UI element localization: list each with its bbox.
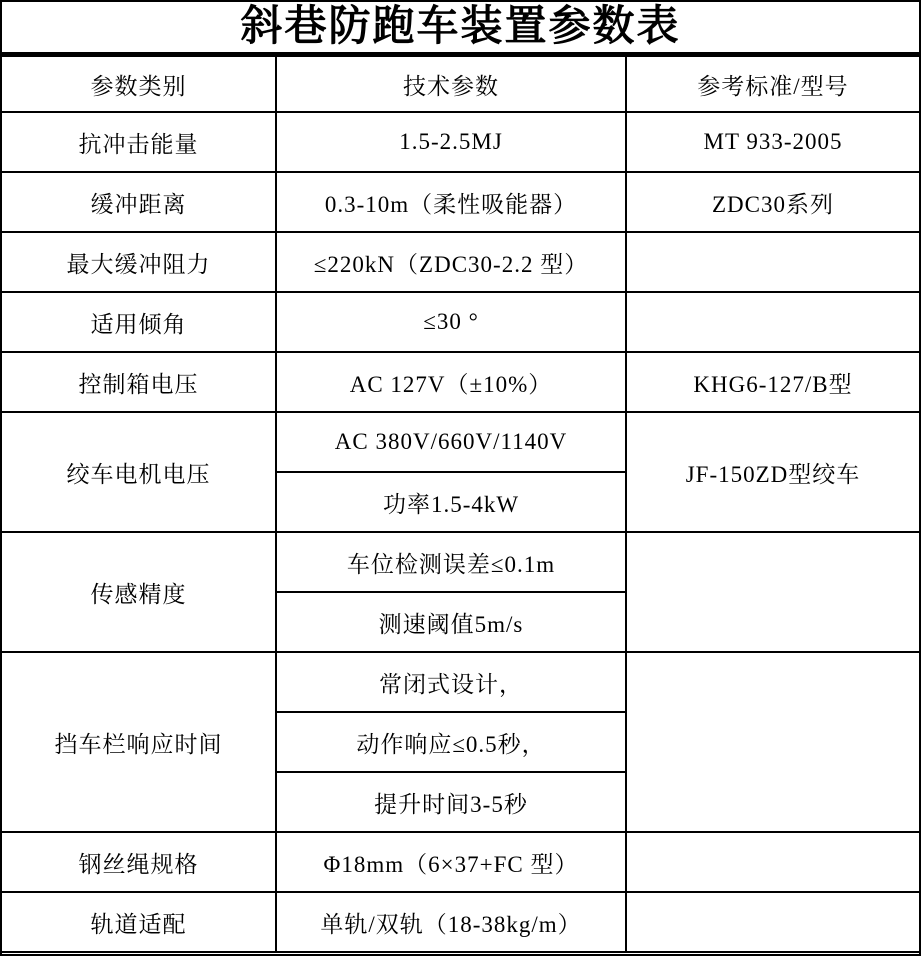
param-cell: 测速阈值5m/s bbox=[276, 592, 626, 652]
standard-cell bbox=[626, 832, 919, 892]
header-tech-params: 技术参数 bbox=[276, 57, 626, 112]
category-cell: 适用倾角 bbox=[2, 292, 276, 352]
param-cell: 1.5-2.5MJ bbox=[276, 112, 626, 172]
standard-cell: JF-150ZD型绞车 bbox=[626, 412, 919, 532]
standard-cell: ZDC30系列 bbox=[626, 172, 919, 232]
param-cell: 0.3-10m（柔性吸能器） bbox=[276, 172, 626, 232]
category-cell: 挡车栏响应时间 bbox=[2, 652, 276, 832]
table-row: 控制箱电压 AC 127V（±10%） KHG6-127/B型 bbox=[2, 352, 919, 412]
category-cell: 绞车电机电压 bbox=[2, 412, 276, 532]
header-category: 参数类别 bbox=[2, 57, 276, 112]
param-cell: 单轨/双轨（18-38kg/m） bbox=[276, 892, 626, 952]
category-cell: 缓冲距离 bbox=[2, 172, 276, 232]
table-row: 缓冲距离 0.3-10m（柔性吸能器） ZDC30系列 bbox=[2, 172, 919, 232]
standard-cell bbox=[626, 652, 919, 832]
parameter-sheet: 斜巷防跑车装置参数表 参数类别 技术参数 参考标准/型号 抗冲击能量 1.5-2… bbox=[0, 0, 921, 956]
category-cell: 最大缓冲阻力 bbox=[2, 232, 276, 292]
table-row: 抗冲击能量 1.5-2.5MJ MT 933-2005 bbox=[2, 112, 919, 172]
param-cell: Φ18mm（6×37+FC 型） bbox=[276, 832, 626, 892]
table-row: 最大缓冲阻力 ≤220kN（ZDC30-2.2 型） bbox=[2, 232, 919, 292]
category-cell: 钢丝绳规格 bbox=[2, 832, 276, 892]
table-row: 挡车栏响应时间 常闭式设计， bbox=[2, 652, 919, 712]
param-cell: AC 127V（±10%） bbox=[276, 352, 626, 412]
param-cell: ≤30 ° bbox=[276, 292, 626, 352]
standard-cell bbox=[626, 232, 919, 292]
table-row: 钢丝绳规格 Φ18mm（6×37+FC 型） bbox=[2, 832, 919, 892]
param-cell: AC 380V/660V/1140V bbox=[276, 412, 626, 472]
table-row: 适用倾角 ≤30 ° bbox=[2, 292, 919, 352]
table-row: 传感精度 车位检测误差≤0.1m bbox=[2, 532, 919, 592]
parameters-table: 参数类别 技术参数 参考标准/型号 抗冲击能量 1.5-2.5MJ MT 933… bbox=[2, 57, 919, 953]
standard-cell: KHG6-127/B型 bbox=[626, 352, 919, 412]
table-row: 绞车电机电压 AC 380V/660V/1140V JF-150ZD型绞车 bbox=[2, 412, 919, 472]
category-cell: 传感精度 bbox=[2, 532, 276, 652]
standard-cell: MT 933-2005 bbox=[626, 112, 919, 172]
standard-cell bbox=[626, 892, 919, 952]
param-cell: ≤220kN（ZDC30-2.2 型） bbox=[276, 232, 626, 292]
category-cell: 控制箱电压 bbox=[2, 352, 276, 412]
param-cell: 车位检测误差≤0.1m bbox=[276, 532, 626, 592]
table-row: 轨道适配 单轨/双轨（18-38kg/m） bbox=[2, 892, 919, 952]
standard-cell bbox=[626, 532, 919, 652]
page-title: 斜巷防跑车装置参数表 bbox=[2, 2, 919, 57]
param-cell: 常闭式设计， bbox=[276, 652, 626, 712]
param-cell: 动作响应≤0.5秒， bbox=[276, 712, 626, 772]
header-row: 参数类别 技术参数 参考标准/型号 bbox=[2, 57, 919, 112]
category-cell: 轨道适配 bbox=[2, 892, 276, 952]
param-cell: 提升时间3-5秒 bbox=[276, 772, 626, 832]
param-cell: 功率1.5-4kW bbox=[276, 472, 626, 532]
category-cell: 抗冲击能量 bbox=[2, 112, 276, 172]
header-standard: 参考标准/型号 bbox=[626, 57, 919, 112]
standard-cell bbox=[626, 292, 919, 352]
